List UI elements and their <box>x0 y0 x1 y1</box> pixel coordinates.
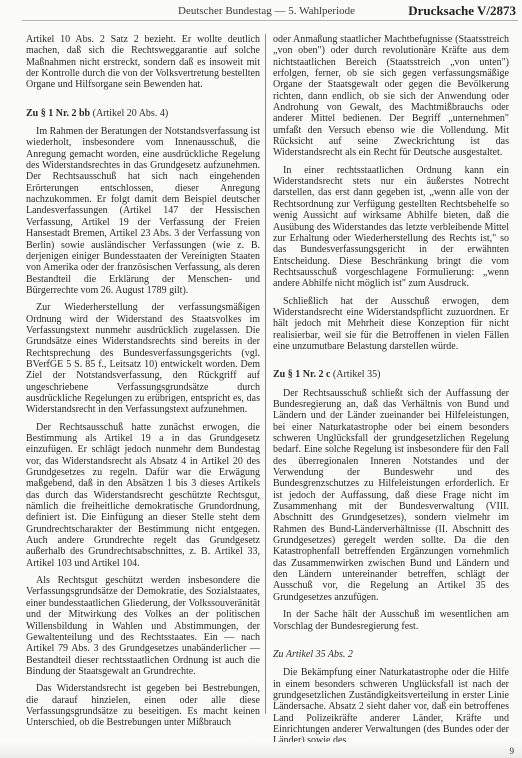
column-divider <box>265 34 266 714</box>
paragraph: In der Sache hält der Ausschuß im wesent… <box>273 609 509 632</box>
paragraph: Der Rechtsausschuß schließt sich der Auf… <box>273 388 509 604</box>
section-heading: Zu § 1 Nr. 2 bb (Artikel 20 Abs. 4) <box>26 108 260 119</box>
document-number: Drucksache V/2873 <box>408 3 516 19</box>
section-heading-italic: Zu Artikel 35 Abs. 2 <box>273 649 353 660</box>
section-heading: Zu Artikel 35 Abs. 2 <box>273 649 509 660</box>
paragraph: Die Bekämpfung einer Naturkatastrophe od… <box>273 667 509 746</box>
header-rule <box>22 20 518 21</box>
paragraph: Artikel 10 Abs. 2 Satz 2 bezieht. Er wol… <box>26 34 260 91</box>
section-heading: Zu § 1 Nr. 2 c (Artikel 35) <box>273 369 509 380</box>
paragraph: Das Widerstandsrecht ist gegeben bei Bes… <box>26 683 260 728</box>
paragraph: Zur Wiederherstellung der verfassungsmäß… <box>26 302 260 415</box>
section-heading-article: (Artikel 20 Abs. 4) <box>90 108 168 119</box>
section-heading-ref: Zu § 1 Nr. 2 bb <box>26 108 90 119</box>
header-title: Deutscher Bundestag — 5. Wahlperiode <box>178 5 355 17</box>
left-column: Artikel 10 Abs. 2 Satz 2 bezieht. Er wol… <box>26 34 260 735</box>
page-header: Deutscher Bundestag — 5. Wahlperiode Dru… <box>0 0 522 22</box>
section-heading-article: (Artikel 35) <box>330 369 380 380</box>
paragraph: oder Anmaßung staatlicher Machtbefugniss… <box>273 34 509 159</box>
page-bottom-edge <box>0 742 522 758</box>
paragraph: Im Rahmen der Beratungen der Notstandsve… <box>26 126 260 296</box>
paragraph: Als Rechtsgut geschützt werden insbesond… <box>26 575 260 677</box>
paragraph: Schließlich hat der Ausschuß erwogen, de… <box>273 296 509 353</box>
right-column: oder Anmaßung staatlicher Machtbefugniss… <box>273 34 509 753</box>
page-number: 9 <box>510 746 515 756</box>
paragraph: In einer rechtsstaatlichen Ordnung kann … <box>273 165 509 290</box>
section-heading-ref: Zu § 1 Nr. 2 c <box>273 369 330 380</box>
paragraph: Der Rechtsausschuß hatte zunächst erwoge… <box>26 422 260 569</box>
